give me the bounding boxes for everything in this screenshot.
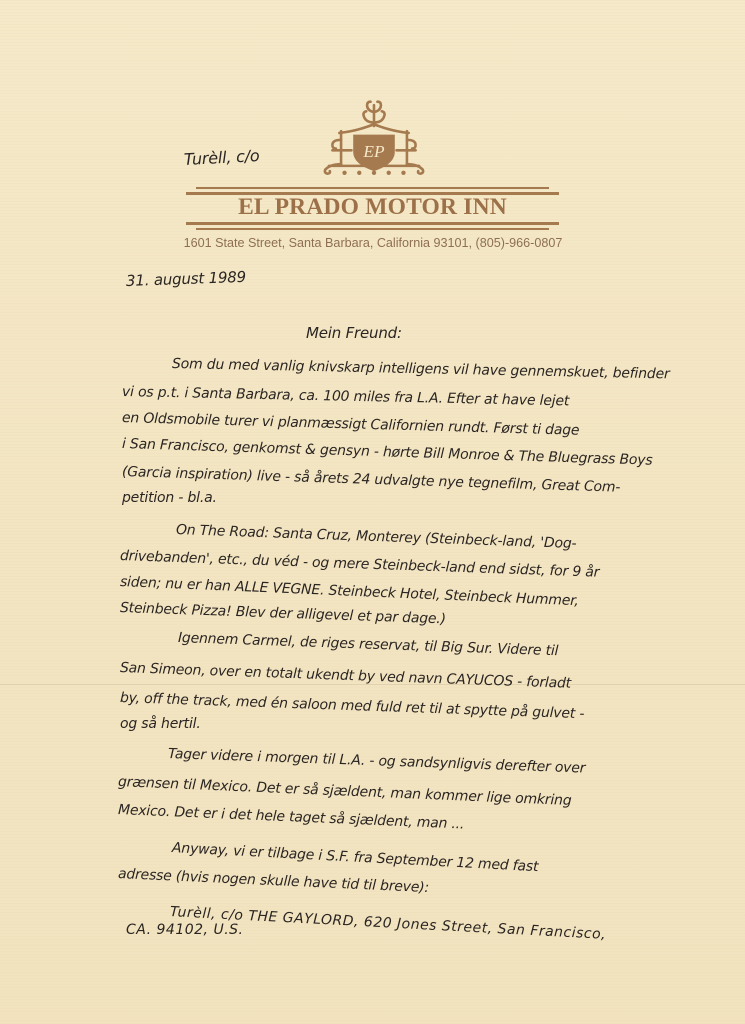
- sender-note: Turèll, c/o: [184, 146, 260, 169]
- letterhead-rule-top-thin: [196, 187, 549, 189]
- salutation: Mein Freund:: [306, 324, 402, 342]
- letterhead-address: 1601 State Street, Santa Barbara, Califo…: [183, 236, 563, 250]
- letterhead-rule-bottom-thin: [196, 228, 549, 230]
- letter-line: og så hertil.: [120, 716, 201, 732]
- return-address-line: CA. 94102, U.S.: [126, 922, 243, 938]
- el-prado-crest-icon: EP: [322, 100, 426, 178]
- letter-line: petition - bl.a.: [122, 490, 217, 506]
- letterhead-rule-bottom-thick: [186, 222, 559, 225]
- svg-text:EP: EP: [362, 142, 385, 161]
- letterhead-name: EL PRADO MOTOR INN: [190, 194, 555, 221]
